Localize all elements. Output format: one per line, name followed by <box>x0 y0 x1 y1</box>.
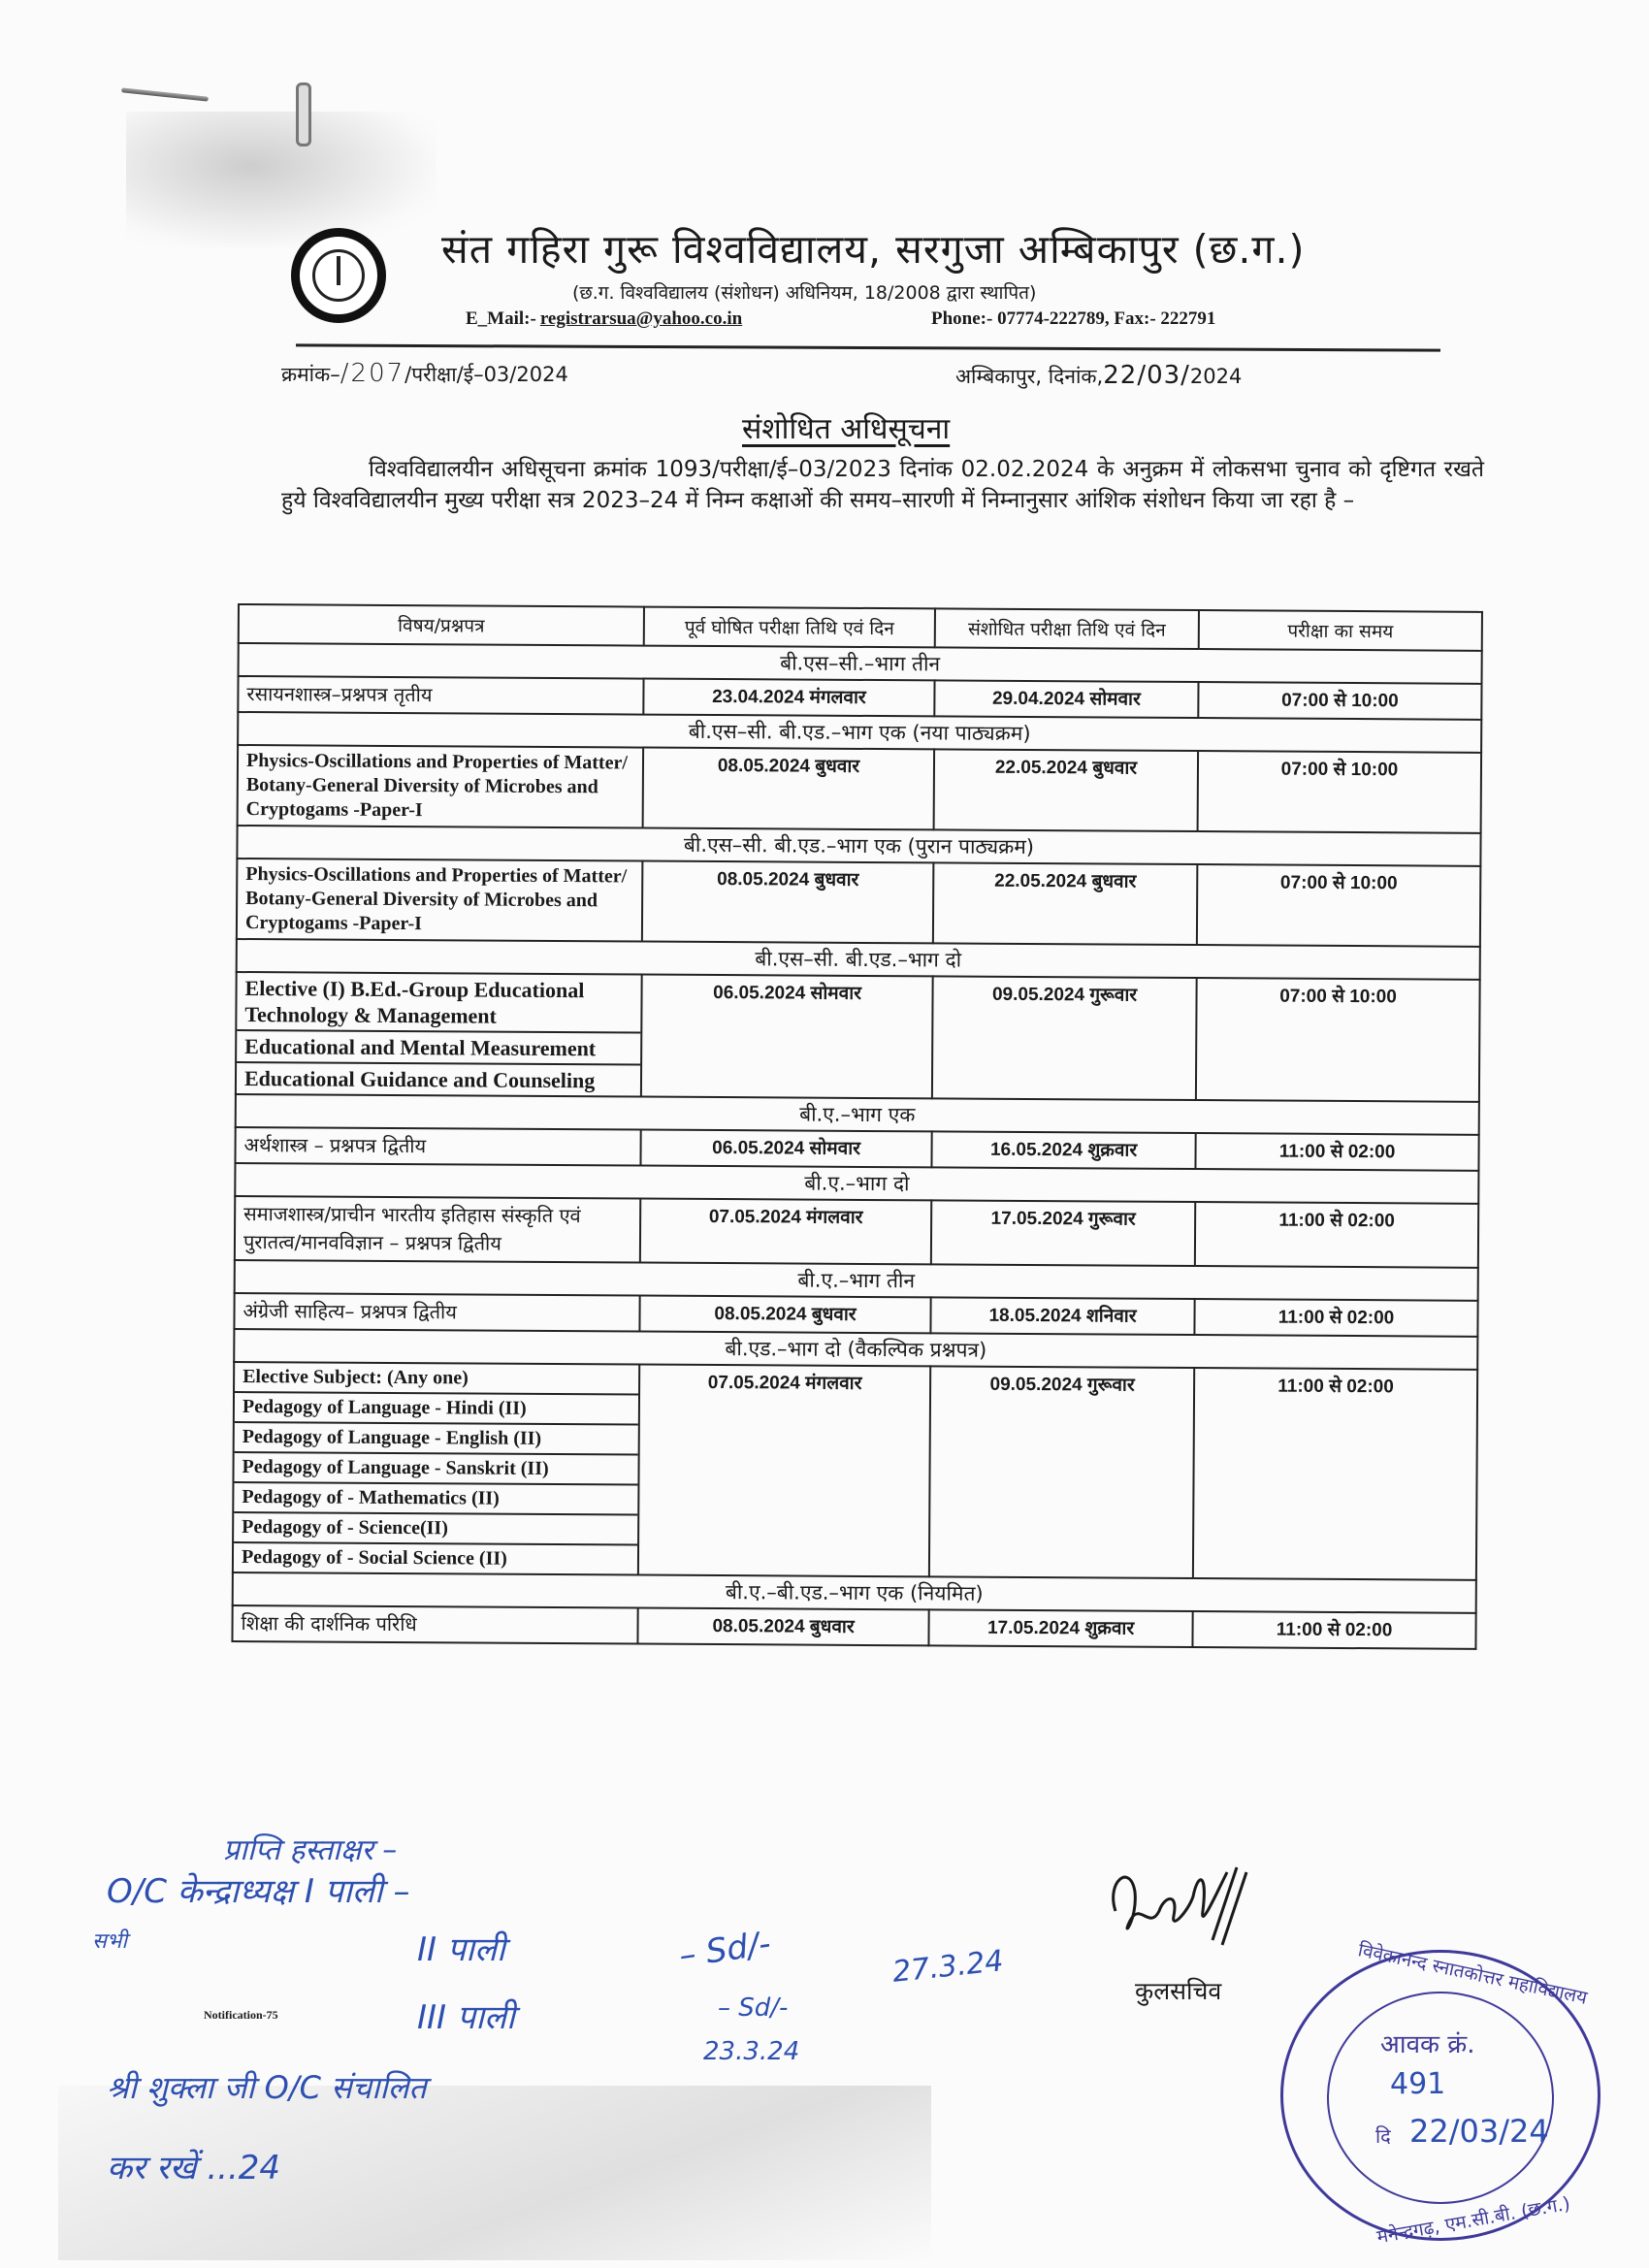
signer-designation: कुलसचिव <box>1135 1974 1221 2007</box>
subject-item: Pedagogy of Language - Sanskrit (II) <box>234 1453 637 1486</box>
new-date-cell: 18.05.2024 शनिवार <box>930 1297 1194 1335</box>
established-line: (छ.ग. विश्वविद्यालय (संशोधन) अधिनियम, 18… <box>572 279 1036 305</box>
table-row: Physics-Oscillations and Properties of M… <box>237 859 1480 947</box>
new-date-cell: 09.05.2024 गुरूवार <box>932 976 1197 1100</box>
handwritten-note: O/C केन्द्राध्यक्ष I पाली – <box>107 1867 410 1912</box>
handwritten-signature: – Sd/- <box>677 1925 773 1976</box>
new-date-cell: 29.04.2024 सोमवार <box>934 680 1198 718</box>
old-date-cell: 08.05.2024 बुधवार <box>642 861 934 944</box>
stamp-inward-number: 491 <box>1390 2067 1445 2101</box>
old-date-cell: 08.05.2024 बुधवार <box>637 1608 928 1646</box>
new-date-cell: 17.05.2024 गुरूवार <box>931 1200 1195 1266</box>
place-date-label: अम्बिकापुर, दिनांक, <box>955 365 1103 388</box>
date-year: 2024 <box>1190 365 1242 388</box>
subject-item: Pedagogy of - Science(II) <box>234 1513 637 1546</box>
header-divider <box>296 343 1440 351</box>
subject-item: Pedagogy of Language - English (II) <box>235 1423 638 1456</box>
university-name: संत गहिरा गुरू विश्वविद्यालय, सरगुजा अम्… <box>441 221 1411 275</box>
new-date-cell: 09.05.2024 गुरूवार <box>929 1366 1194 1578</box>
time-cell: 11:00 से 02:00 <box>1192 1611 1475 1649</box>
subject-item: Pedagogy of Language - Hindi (II) <box>235 1393 638 1426</box>
stamp-date: 22/03/24 <box>1409 2113 1549 2150</box>
stamp-date-label: दि <box>1375 2122 1391 2149</box>
phone-fax: Phone:- 07774-222789, Fax:- 222791 <box>931 308 1215 330</box>
received-stamp: विवेकानन्द स्नातकोत्तर महाविद्यालय मनेन्… <box>1280 1950 1600 2241</box>
new-date-cell: 17.05.2024 शुक्रवार <box>928 1609 1192 1647</box>
old-date-cell: 07.05.2024 मंगलवार <box>640 1199 931 1265</box>
handwritten-date: 27.3.24 <box>890 1944 1005 1990</box>
subject-cell: रसायनशास्त्र–प्रश्नपत्र तृतीय <box>238 676 643 715</box>
handwritten-date: 23.3.24 <box>703 2037 799 2066</box>
subject-item: Pedagogy of - Social Science (II) <box>234 1543 637 1574</box>
old-date-cell: 07.05.2024 मंगलवार <box>638 1365 930 1577</box>
handwritten-note: सभी <box>92 1926 127 1955</box>
subject-cell: Elective (I) B.Ed.-Group Educational Tec… <box>236 972 642 1097</box>
new-date-cell: 16.05.2024 शुक्रवार <box>931 1131 1195 1169</box>
handwritten-note: श्री शुक्ला जी O/C संचालित <box>107 2066 427 2108</box>
staple-pin-icon <box>121 87 209 101</box>
subject-cell: Physics-Oscillations and Properties of M… <box>237 859 642 942</box>
subject-item: Elective (I) B.Ed.-Group Educational Tec… <box>237 973 640 1034</box>
revised-schedule-table: विषय/प्रश्नपत्र पूर्व घोषित परीक्षा तिथि… <box>231 603 1483 1650</box>
table-row: Elective Subject: (Any one)Pedagogy of L… <box>233 1362 1477 1580</box>
intro-paragraph: विश्वविद्यालयीन अधिसूचना क्रमांक 1093/पर… <box>281 454 1484 516</box>
time-cell: 11:00 से 02:00 <box>1195 1202 1478 1268</box>
col-header-new-date: संशोधित परीक्षा तिथि एवं दिन <box>935 608 1199 649</box>
reference-prefix: क्रमांक– <box>281 363 340 386</box>
university-emblem-icon <box>291 228 386 323</box>
time-cell: 07:00 से 10:00 <box>1198 682 1481 720</box>
old-date-cell: 08.05.2024 बुधवार <box>639 1296 930 1334</box>
time-cell: 07:00 से 10:00 <box>1198 751 1482 833</box>
subject-item: Educational Guidance and Counseling <box>237 1063 640 1096</box>
old-date-cell: 08.05.2024 बुधवार <box>643 748 935 830</box>
notice-title: संशोधित अधिसूचना <box>742 407 950 447</box>
table-row: शिक्षा की दार्शनिक परिधि08.05.2024 बुधवा… <box>232 1605 1475 1649</box>
reference-date: अम्बिकापुर, दिनांक,22/03/2024 <box>955 361 1242 390</box>
subject-cell: Physics-Oscillations and Properties of M… <box>238 745 643 828</box>
reference-handwritten-number: /207 <box>340 359 404 388</box>
col-header-time: परीक्षा का समय <box>1199 610 1482 651</box>
notification-label: Notification-75 <box>204 2008 278 2023</box>
time-cell: 07:00 से 10:00 <box>1197 864 1481 947</box>
email-label: E_Mail:- <box>466 308 536 329</box>
col-header-old-date: पूर्व घोषित परीक्षा तिथि एवं दिन <box>644 607 935 648</box>
subject-item: Pedagogy of - Mathematics (II) <box>234 1483 637 1516</box>
handwritten-note: प्राप्ति हस्ताक्षर – <box>223 1829 397 1868</box>
handwritten-signature: – Sd/- <box>718 1993 788 2023</box>
email-link[interactable]: registrarsua@yahoo.co.in <box>540 308 742 329</box>
old-date-cell: 06.05.2024 सोमवार <box>640 1130 931 1168</box>
table-row: Elective (I) B.Ed.-Group Educational Tec… <box>236 972 1480 1102</box>
signature-scribble-icon <box>1101 1853 1266 1950</box>
time-cell: 11:00 से 02:00 <box>1193 1368 1477 1580</box>
old-date-cell: 06.05.2024 सोमवार <box>641 975 933 1099</box>
subject-cell: अंग्रेजी साहित्य– प्रश्नपत्र द्वितीय <box>234 1293 639 1332</box>
table-body: बी.एस–सी.–भाग तीनरसायनशास्त्र–प्रश्नपत्र… <box>232 643 1481 1649</box>
col-header-subject: विषय/प्रश्नपत्र <box>239 604 644 646</box>
time-cell: 07:00 से 10:00 <box>1196 978 1480 1102</box>
subject-item: Educational and Mental Measurement <box>237 1031 640 1066</box>
scan-shadow <box>126 112 436 247</box>
new-date-cell: 22.05.2024 बुधवार <box>933 862 1198 945</box>
paper-clip-icon <box>296 82 311 146</box>
handwritten-note: कर रखें ...24 <box>107 2144 280 2188</box>
subject-cell: शिक्षा की दार्शनिक परिधि <box>232 1605 637 1644</box>
handwritten-note: II पाली <box>417 1926 505 1970</box>
time-cell: 11:00 से 02:00 <box>1194 1299 1477 1337</box>
new-date-cell: 22.05.2024 बुधवार <box>934 749 1199 831</box>
subject-cell: समाजशास्त्र/प्राचीन भारतीय इतिहास संस्कृ… <box>235 1196 640 1263</box>
subject-item: Elective Subject: (Any one) <box>235 1363 638 1396</box>
time-cell: 11:00 से 02:00 <box>1195 1133 1478 1171</box>
handwritten-note: III पाली <box>417 1993 515 2038</box>
old-date-cell: 23.04.2024 मंगलवार <box>643 679 934 717</box>
handwritten-date: 22/03/ <box>1103 361 1190 390</box>
contact-line: E_Mail:-registrarsua@yahoo.co.in Phone:-… <box>466 308 742 330</box>
stamp-inward-label: आवक क्रं. <box>1380 2025 1475 2060</box>
table-row: समाजशास्त्र/प्राचीन भारतीय इतिहास संस्कृ… <box>235 1196 1478 1268</box>
subject-cell: अर्थशास्त्र – प्रश्नपत्र द्वितीय <box>235 1127 640 1166</box>
table-row: Physics-Oscillations and Properties of M… <box>238 745 1481 833</box>
subject-cell: Elective Subject: (Any one)Pedagogy of L… <box>233 1362 639 1575</box>
reference-suffix: /परीक्षा/ई–03/2024 <box>404 363 568 386</box>
reference-number: क्रमांक–/207/परीक्षा/ई–03/2024 <box>281 359 568 388</box>
